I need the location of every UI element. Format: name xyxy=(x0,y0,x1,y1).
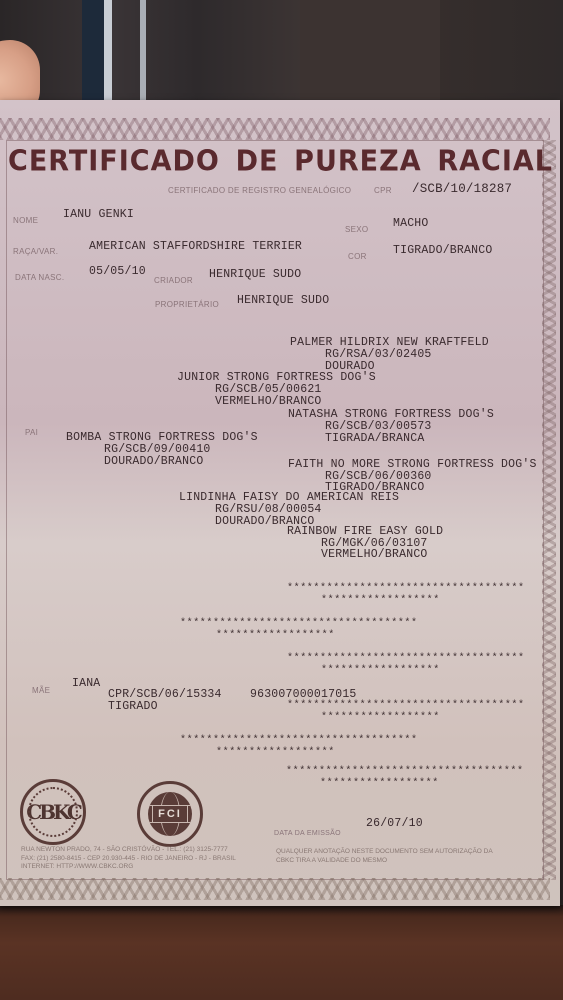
dog-birth-date: 05/05/10 xyxy=(89,265,146,278)
dam-label: MÃE xyxy=(32,686,50,695)
title-word: PUREZA xyxy=(294,145,421,178)
background-door xyxy=(300,0,440,105)
fci-label: FCI xyxy=(152,805,188,823)
title-word: CERTIFICADO xyxy=(8,145,220,178)
decorative-border-right xyxy=(542,140,556,880)
address-block: RUA NEWTON PRADO, 74 - SÃO CRISTÓVÃO - T… xyxy=(21,846,236,872)
dam-name: IANA xyxy=(72,677,100,690)
unknown-ancestor-placeholder: ************************************ xyxy=(180,735,418,746)
warning-line: QUALQUER ANOTAÇÃO NESTE DOCUMENTO SEM AU… xyxy=(276,848,493,857)
warning-line: CBKC TIRA A VALIDADE DO MESMO xyxy=(276,857,493,866)
unknown-ancestor-placeholder: ****************** xyxy=(321,665,440,676)
unknown-ancestor-placeholder: ****************** xyxy=(321,595,440,606)
issue-date-label: DATA DA EMISSÃO xyxy=(274,830,341,837)
background-object xyxy=(104,0,112,105)
validity-warning: QUALQUER ANOTAÇÃO NESTE DOCUMENTO SEM AU… xyxy=(276,848,493,865)
website-line: INTERNET: http://www.cbkc.org xyxy=(21,863,236,872)
cpr-label: CPR xyxy=(374,186,392,195)
dam-color: TIGRADO xyxy=(108,700,158,713)
sire-color: DOURADO/BRANCO xyxy=(104,455,203,468)
cbkc-seal-icon: CBKC xyxy=(20,779,86,845)
wooden-table xyxy=(0,905,563,1000)
seal-ring xyxy=(28,787,78,837)
unknown-ancestor-placeholder: ****************** xyxy=(216,630,335,641)
photo-background-wall xyxy=(0,0,563,110)
birth-date-label: DATA NASC. xyxy=(15,273,64,282)
title-word: DE xyxy=(236,145,279,178)
unknown-ancestor-placeholder: ************************************ xyxy=(286,766,524,777)
background-object xyxy=(140,0,146,105)
sire-label: PAI xyxy=(25,428,38,437)
background-object xyxy=(82,0,104,105)
dog-owner: HENRIQUE SUDO xyxy=(237,294,329,307)
decorative-border-top xyxy=(0,118,550,140)
dog-color: TIGRADO/BRANCO xyxy=(393,244,492,257)
color-label: COR xyxy=(348,252,367,261)
breeder-label: CRIADOR xyxy=(154,276,193,285)
unknown-ancestor-placeholder: ************************************ xyxy=(287,700,525,711)
name-label: NOME xyxy=(13,216,38,225)
breed-label: RAÇA/VAR. xyxy=(13,247,58,256)
address-line: RUA NEWTON PRADO, 74 - SÃO CRISTÓVÃO - T… xyxy=(21,846,236,855)
issue-date: 26/07/10 xyxy=(366,817,423,830)
dog-name: IANU GENKI xyxy=(63,208,134,221)
title-word: RACIAL xyxy=(437,145,553,178)
ancestor-color: VERMELHO/BRANCO xyxy=(321,548,428,561)
owner-label: PROPRIETÁRIO xyxy=(155,300,219,309)
fci-seal-icon: FCI xyxy=(137,781,203,847)
sex-label: SEXO xyxy=(345,225,368,234)
decorative-border-bottom xyxy=(0,878,550,900)
unknown-ancestor-placeholder: ************************************ xyxy=(287,653,525,664)
dog-breeder: HENRIQUE SUDO xyxy=(209,268,301,281)
ancestor-color: VERMELHO/BRANCO xyxy=(215,395,322,408)
dog-sex: MACHO xyxy=(393,217,429,230)
unknown-ancestor-placeholder: ****************** xyxy=(320,778,439,789)
cpr-number: /SCB/10/18287 xyxy=(412,182,512,196)
address-line: FAX: (21) 2580-8415 - CEP 20.930-445 - R… xyxy=(21,855,236,864)
unknown-ancestor-placeholder: ****************** xyxy=(321,712,440,723)
unknown-ancestor-placeholder: ************************************ xyxy=(287,583,525,594)
registry-subtitle: CERTIFICADO DE REGISTRO GENEALÓGICO xyxy=(168,186,351,195)
certificate-title: CERTIFICADO DE PUREZA RACIAL xyxy=(8,145,553,178)
ancestor-color: TIGRADA/BRANCA xyxy=(325,432,424,445)
unknown-ancestor-placeholder: ************************************ xyxy=(180,618,418,629)
unknown-ancestor-placeholder: ****************** xyxy=(216,747,335,758)
dog-breed: AMERICAN STAFFORDSHIRE TERRIER xyxy=(89,240,302,253)
